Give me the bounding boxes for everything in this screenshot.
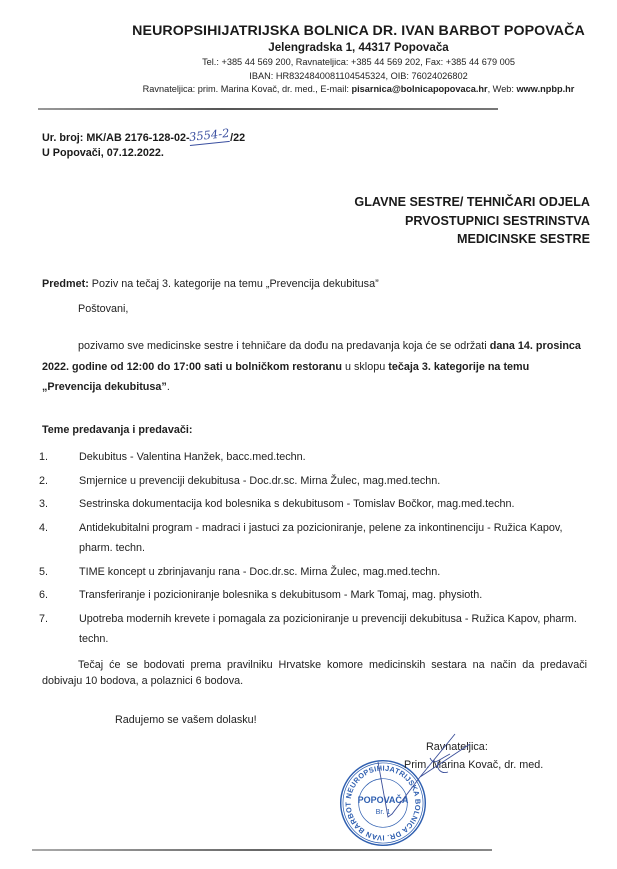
- footer-divider: [32, 849, 492, 851]
- invitation-text: .: [167, 381, 170, 393]
- contact-line: Tel.: +385 44 569 200, Ravnateljica: +38…: [100, 56, 617, 70]
- item-text: Sestrinska dokumentacija kod bolesnika s…: [79, 494, 598, 515]
- item-text: Upotreba modernih krevete i pomagala za …: [79, 609, 598, 650]
- item-text: Dekubitus - Valentina Hanžek, bacc.med.t…: [79, 447, 598, 468]
- web-label: , Web:: [488, 84, 517, 94]
- institution-address: Jelengradska 1, 44317 Popovača: [100, 40, 617, 56]
- topics-list: 1.Dekubitus - Valentina Hanžek, bacc.med…: [38, 447, 598, 653]
- reference-block: Ur. broj: MK/AB 2176-128-02-3554-2/22 U …: [42, 130, 245, 161]
- web-link[interactable]: www.npbp.hr: [517, 84, 575, 94]
- invitation-paragraph: pozivamo sve medicinske sestre i tehniča…: [42, 336, 587, 398]
- item-number: 1.: [38, 447, 79, 468]
- invitation-text: u sklopu: [342, 361, 388, 373]
- place-date: U Popovači, 07.12.2022.: [42, 146, 245, 161]
- list-item: 5.TIME koncept u zbrinjavanju rana - Doc…: [38, 562, 598, 583]
- list-item: 7.Upotreba modernih krevete i pomagala z…: [38, 609, 598, 650]
- subject-label: Predmet:: [42, 278, 89, 290]
- recipient-line: MEDICINSKE SESTRE: [354, 230, 590, 249]
- reference-number: Ur. broj: MK/AB 2176-128-02-3554-2/22: [42, 130, 245, 146]
- header-divider: [38, 108, 498, 110]
- reference-prefix: Ur. broj: MK/AB 2176-128-02-: [42, 132, 190, 144]
- subject-text: Poziv na tečaj 3. kategorije na temu „Pr…: [89, 278, 379, 290]
- list-item: 3.Sestrinska dokumentacija kod bolesnika…: [38, 494, 598, 515]
- list-item: 6.Transferiranje i pozicioniranje bolesn…: [38, 585, 598, 606]
- closing-line: Radujemo se vašem dolasku!: [115, 714, 257, 726]
- subject-line: Predmet: Poziv na tečaj 3. kategorije na…: [42, 278, 379, 290]
- item-text: TIME koncept u zbrinjavanju rana - Doc.d…: [79, 562, 598, 583]
- item-number: 3.: [38, 494, 79, 515]
- recipient-line: GLAVNE SESTRE/ TEHNIČARI ODJELA: [354, 193, 590, 212]
- list-item: 4.Antidekubitalni program - madraci i ja…: [38, 518, 598, 559]
- points-paragraph: Tečaj će se bodovati prema pravilniku Hr…: [42, 657, 587, 689]
- handwritten-number: 3554-2: [188, 126, 230, 146]
- recipients-block: GLAVNE SESTRE/ TEHNIČARI ODJELA PRVOSTUP…: [354, 193, 590, 249]
- recipient-line: PRVOSTUPNICI SESTRINSTVA: [354, 212, 590, 231]
- points-text: Tečaj će se bodovati prema pravilniku Hr…: [42, 659, 587, 687]
- handwritten-signature-icon: [360, 722, 480, 842]
- item-text: Transferiranje i pozicioniranje bolesnik…: [79, 585, 598, 606]
- list-item: 2.Smjernice u prevenciji dekubitusa - Do…: [38, 471, 598, 492]
- invitation-text: pozivamo sve medicinske sestre i tehniča…: [78, 340, 490, 352]
- iban-line: IBAN: HR8324840081104545324, OIB: 760240…: [100, 70, 617, 84]
- item-text: Smjernice u prevenciji dekubitusa - Doc.…: [79, 471, 598, 492]
- list-item: 1.Dekubitus - Valentina Hanžek, bacc.med…: [38, 447, 598, 468]
- topics-heading: Teme predavanja i predavači:: [42, 424, 192, 436]
- email-link[interactable]: pisarnica@bolnicapopovaca.hr: [351, 84, 487, 94]
- institution-name: NEUROPSIHIJATRIJSKA BOLNICA DR. IVAN BAR…: [100, 22, 617, 40]
- item-number: 5.: [38, 562, 79, 583]
- item-text: Antidekubitalni program - madraci i jast…: [79, 518, 598, 559]
- item-number: 7.: [38, 609, 79, 650]
- item-number: 4.: [38, 518, 79, 559]
- director-line: Ravnateljica: prim. Marina Kovač, dr. me…: [100, 83, 617, 97]
- director-text: Ravnateljica: prim. Marina Kovač, dr. me…: [143, 84, 352, 94]
- reference-suffix: /22: [230, 132, 245, 144]
- item-number: 2.: [38, 471, 79, 492]
- item-number: 6.: [38, 585, 79, 606]
- letterhead: NEUROPSIHIJATRIJSKA BOLNICA DR. IVAN BAR…: [100, 22, 617, 97]
- greeting: Poštovani,: [78, 303, 128, 315]
